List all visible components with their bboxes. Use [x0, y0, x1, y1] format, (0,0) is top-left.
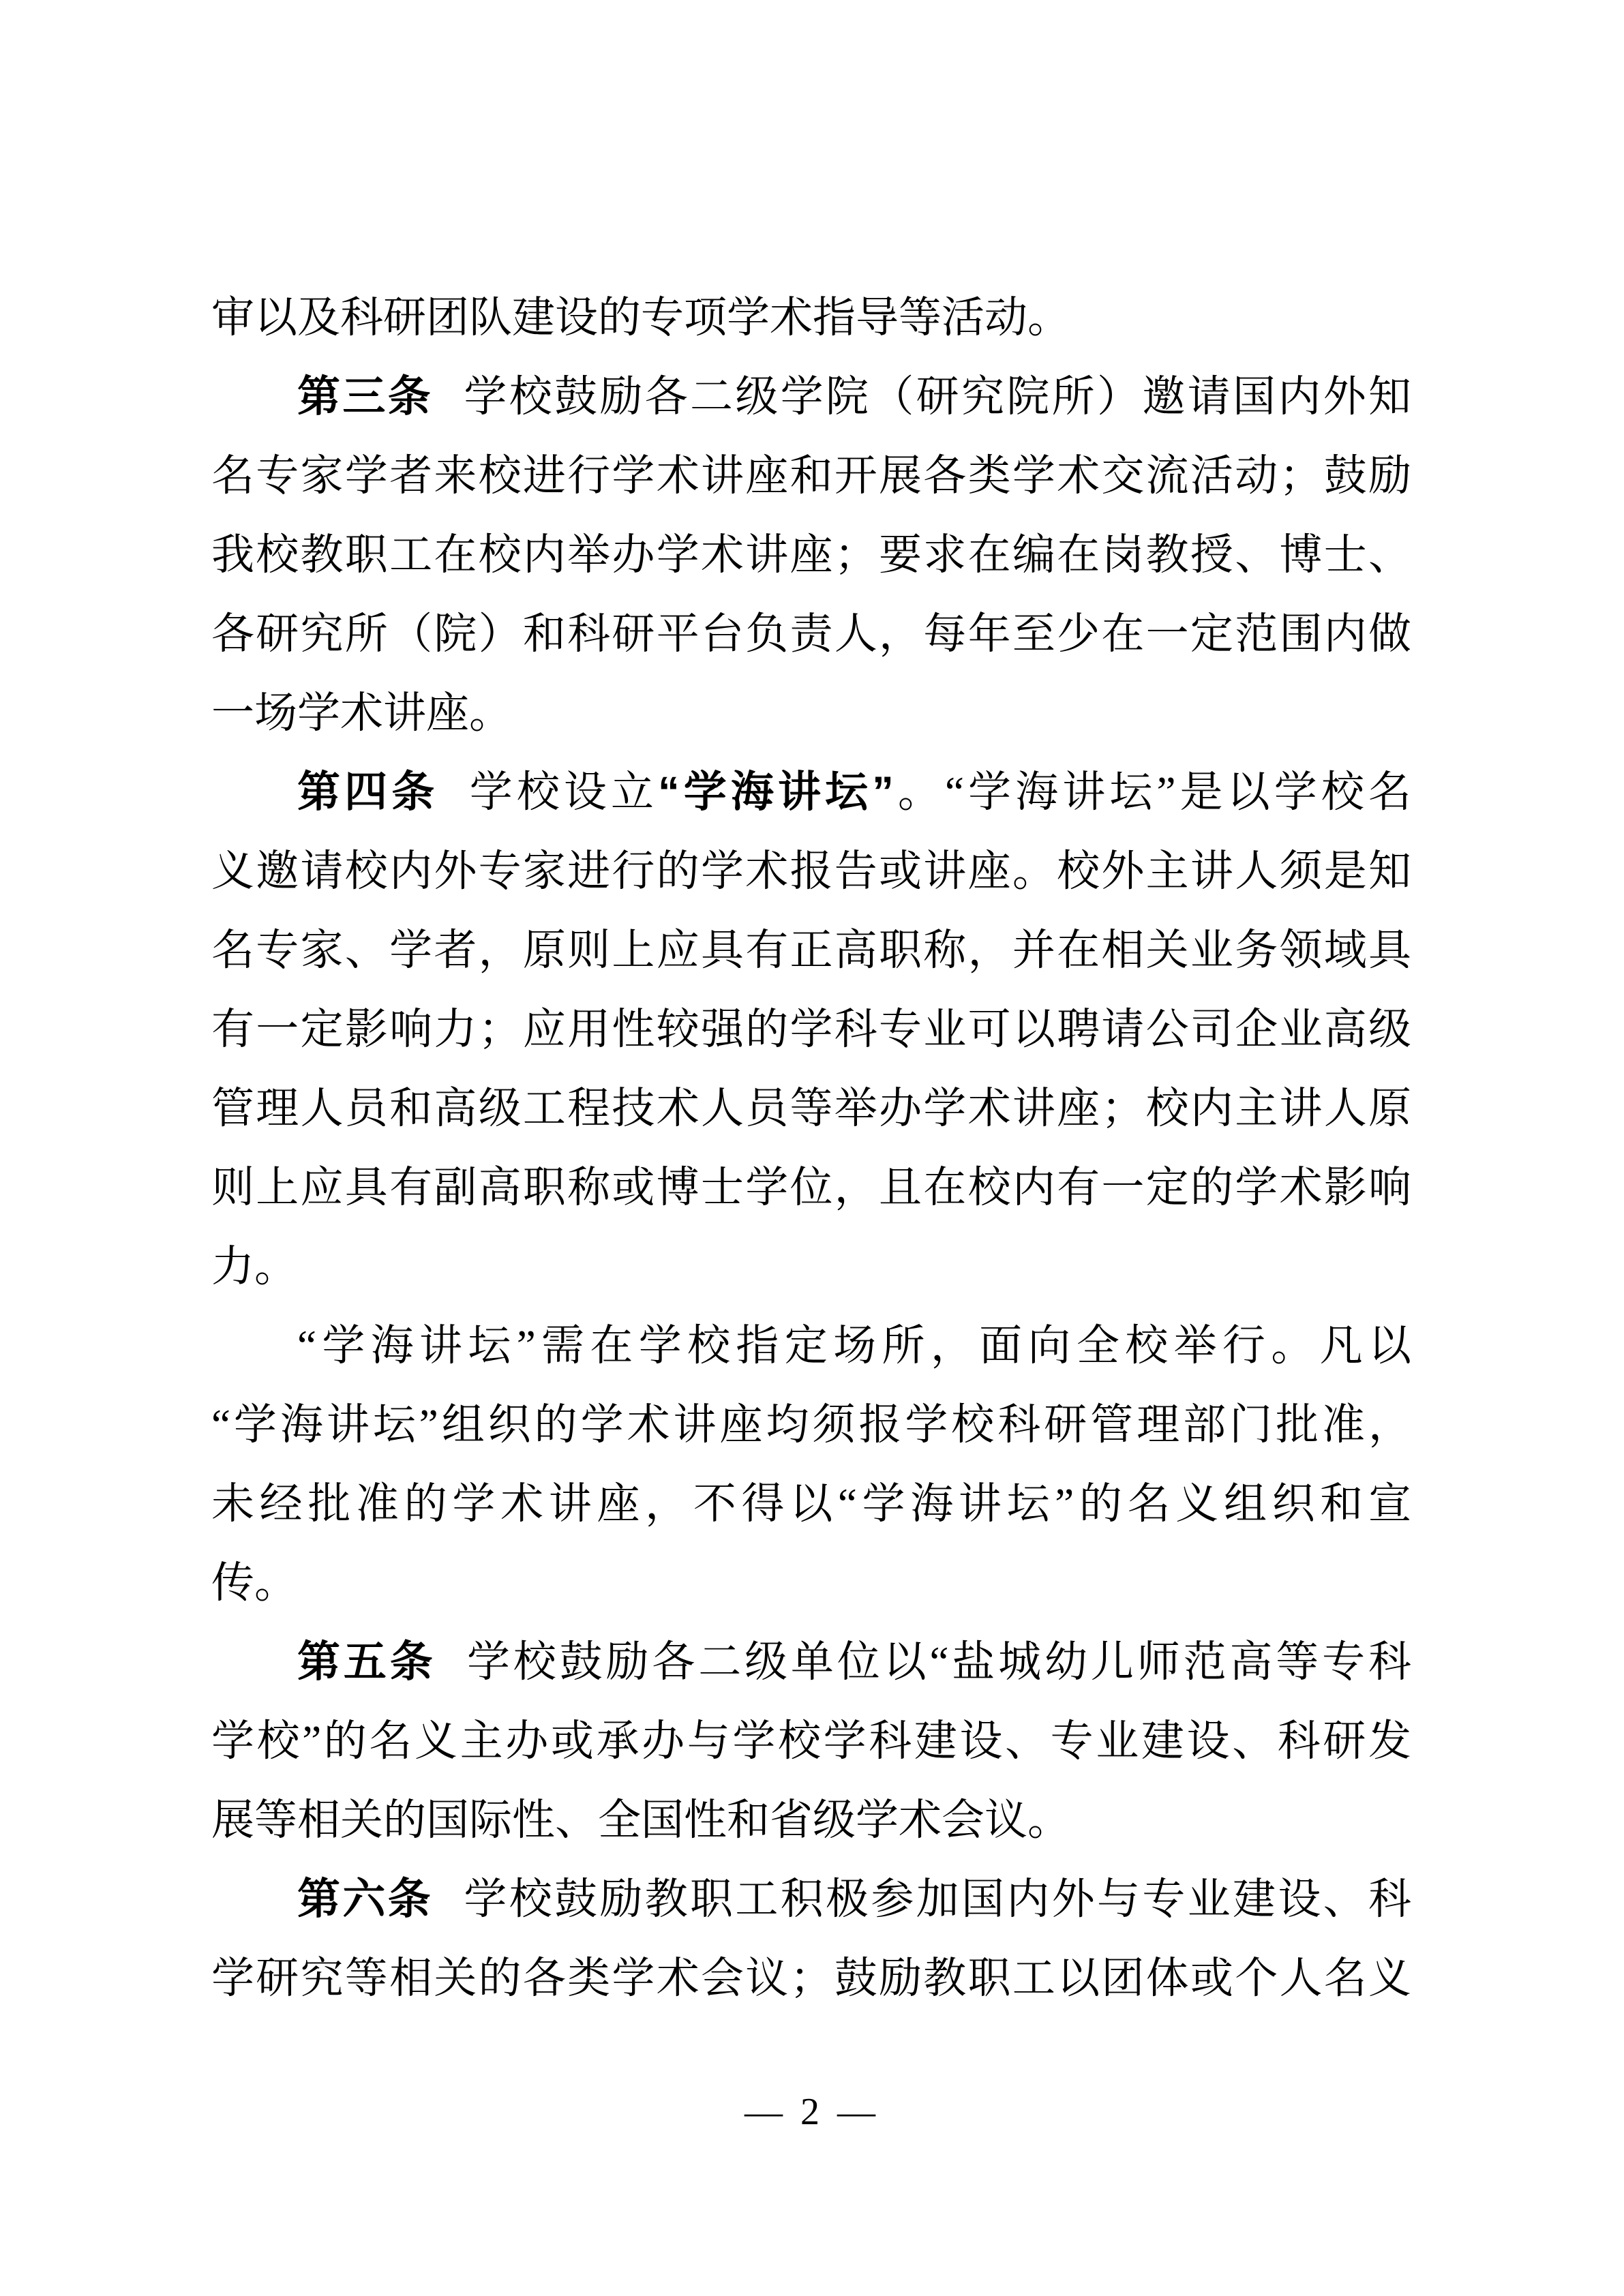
body-text-segment: 学校设立	[470, 768, 658, 816]
article-heading-text: 第四条	[297, 768, 438, 816]
body-text-segment: 传。	[211, 1559, 297, 1607]
body-text-segment: 学校鼓励教职工积极参加国内外与专业建设、科	[464, 1875, 1411, 1923]
body-text-segment: “学海讲坛”组织的学术讲座均须报学校科研管理部门批准，	[211, 1401, 1411, 1449]
text-line: 义邀请校内外专家进行的学术报告或讲座。校外主讲人须是知	[211, 832, 1411, 911]
body-text-segment: 名专家学者来校进行学术讲座和开展各类学术交流活动；鼓励	[211, 452, 1411, 500]
text-line: 第三条学校鼓励各二级学院（研究院所）邀请国内外知	[211, 357, 1411, 436]
text-line: 力。	[211, 1227, 1411, 1306]
body-text-segment: 则上应具有副高职称或博士学位，且在校内有一定的学术影响	[211, 1164, 1411, 1211]
body-text-segment: 学校”的名义主办或承办与学校学科建设、专业建设、科研发	[211, 1717, 1411, 1765]
body-text-segment: 有一定影响力；应用性较强的学科专业可以聘请公司企业高级	[211, 1006, 1411, 1053]
body-text-segment: 名专家、学者，原则上应具有正高职称，并在相关业务领域具	[211, 926, 1411, 974]
body-text-segment: 各研究所（院）和科研平台负责人，每年至少在一定范围内做	[211, 610, 1411, 658]
text-line: 第四条学校设立“学海讲坛”。“学海讲坛”是以学校名	[211, 753, 1411, 832]
text-line: 审以及科研团队建设的专项学术指导等活动。	[211, 278, 1411, 357]
text-line: 学校”的名义主办或承办与学校学科建设、专业建设、科研发	[211, 1702, 1411, 1781]
body-text-segment: 管理人员和高级工程技术人员等举办学术讲座；校内主讲人原	[211, 1085, 1411, 1132]
text-line: 我校教职工在校内举办学术讲座；要求在编在岗教授、博士、	[211, 515, 1411, 594]
body-text-segment: 展等相关的国际性、全国性和省级学术会议。	[211, 1796, 1070, 1844]
body-text-segment: 一场学术讲座。	[211, 689, 512, 737]
body-text-segment: “学海讲坛”需在学校指定场所，面向全校举行。凡以	[297, 1322, 1411, 1370]
text-line: 第五条学校鼓励各二级单位以“盐城幼儿师范高等专科	[211, 1622, 1411, 1702]
page-number: — 2 —	[0, 2086, 1624, 2138]
text-line: 传。	[211, 1543, 1411, 1622]
article-heading-text: 第六条	[297, 1875, 433, 1923]
text-line: 第六条学校鼓励教职工积极参加国内外与专业建设、科	[211, 1860, 1411, 1939]
body-text-segment: 我校教职工在校内举办学术讲座；要求在编在岗教授、博士、	[211, 531, 1411, 579]
text-line: 则上应具有副高职称或博士学位，且在校内有一定的学术影响	[211, 1148, 1411, 1227]
document-page: 审以及科研团队建设的专项学术指导等活动。第三条学校鼓励各二级学院（研究院所）邀请…	[0, 0, 1624, 2296]
article-heading-text: 第五条	[297, 1638, 436, 1686]
text-line: “学海讲坛”组织的学术讲座均须报学校科研管理部门批准，	[211, 1385, 1411, 1464]
text-line: “学海讲坛”需在学校指定场所，面向全校举行。凡以	[211, 1306, 1411, 1385]
body-text-segment: 。“学海讲坛”是以学校名	[894, 768, 1411, 816]
body-text-segment: 学研究等相关的各类学术会议；鼓励教职工以团体或个人名义	[211, 1954, 1411, 2002]
text-line: 一场学术讲座。	[211, 674, 1411, 753]
text-line: 有一定影响力；应用性较强的学科专业可以聘请公司企业高级	[211, 990, 1411, 1069]
body-text-segment: 学校鼓励各二级单位以“盐城幼儿师范高等专科	[467, 1638, 1411, 1686]
text-line: 未经批准的学术讲座，不得以“学海讲坛”的名义组织和宣	[211, 1464, 1411, 1543]
text-line: 各研究所（院）和科研平台负责人，每年至少在一定范围内做	[211, 594, 1411, 674]
body-text-segment: 学校鼓励各二级学院（研究院所）邀请国内外知	[464, 373, 1411, 421]
body-text-segment: 义邀请校内外专家进行的学术报告或讲座。校外主讲人须是知	[211, 847, 1411, 895]
text-line: 展等相关的国际性、全国性和省级学术会议。	[211, 1781, 1411, 1860]
article-heading-text: “学海讲坛”	[658, 768, 894, 816]
body-text-segment: 审以及科研团队建设的专项学术指导等活动。	[211, 294, 1070, 342]
body-text-segment: 未经批准的学术讲座，不得以“学海讲坛”的名义组织和宣	[211, 1480, 1411, 1528]
text-line: 管理人员和高级工程技术人员等举办学术讲座；校内主讲人原	[211, 1069, 1411, 1148]
text-line: 学研究等相关的各类学术会议；鼓励教职工以团体或个人名义	[211, 1939, 1411, 2018]
body-text-segment: 力。	[211, 1243, 297, 1290]
article-heading-text: 第三条	[297, 373, 433, 421]
document-body: 审以及科研团队建设的专项学术指导等活动。第三条学校鼓励各二级学院（研究院所）邀请…	[211, 278, 1411, 2018]
text-line: 名专家学者来校进行学术讲座和开展各类学术交流活动；鼓励	[211, 436, 1411, 515]
text-line: 名专家、学者，原则上应具有正高职称，并在相关业务领域具	[211, 911, 1411, 990]
